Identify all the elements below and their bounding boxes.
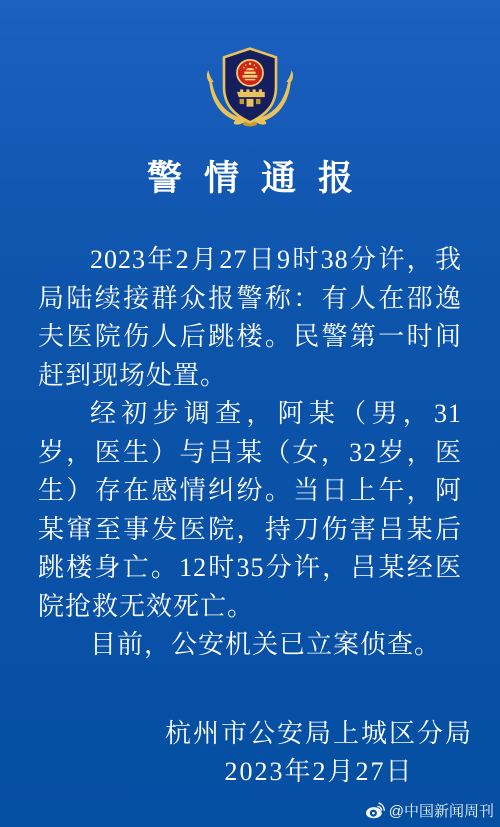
notice-paragraph: 目前，公安机关已立案侦查。 <box>38 626 462 665</box>
watermark-text: @中国新闻周刊 <box>389 800 494 821</box>
signature-block: 杭州市公安局上城区分局 2023年2月27日 <box>165 715 473 791</box>
weibo-icon <box>365 801 385 820</box>
police-badge-icon <box>198 43 302 127</box>
notice-date: 2023年2月27日 <box>165 753 473 791</box>
notice-paragraph: 2023年2月27日9时38分许，我局陆续接群众报警称：有人在邵逸夫医院伤人后跳… <box>38 241 462 395</box>
police-notice-page: 警情通报 2023年2月27日9时38分许，我局陆续接群众报警称：有人在邵逸夫医… <box>0 0 500 827</box>
notice-body: 2023年2月27日9时38分许，我局陆续接群众报警称：有人在邵逸夫医院伤人后跳… <box>38 241 462 665</box>
notice-paragraph: 经初步调查，阿某（男，31岁，医生）与吕某（女，32岁，医生）存在感情纠纷。当日… <box>38 395 462 626</box>
issuing-authority: 杭州市公安局上城区分局 <box>165 715 473 753</box>
watermark: @中国新闻周刊 <box>365 800 494 821</box>
notice-title: 警情通报 <box>0 151 500 201</box>
